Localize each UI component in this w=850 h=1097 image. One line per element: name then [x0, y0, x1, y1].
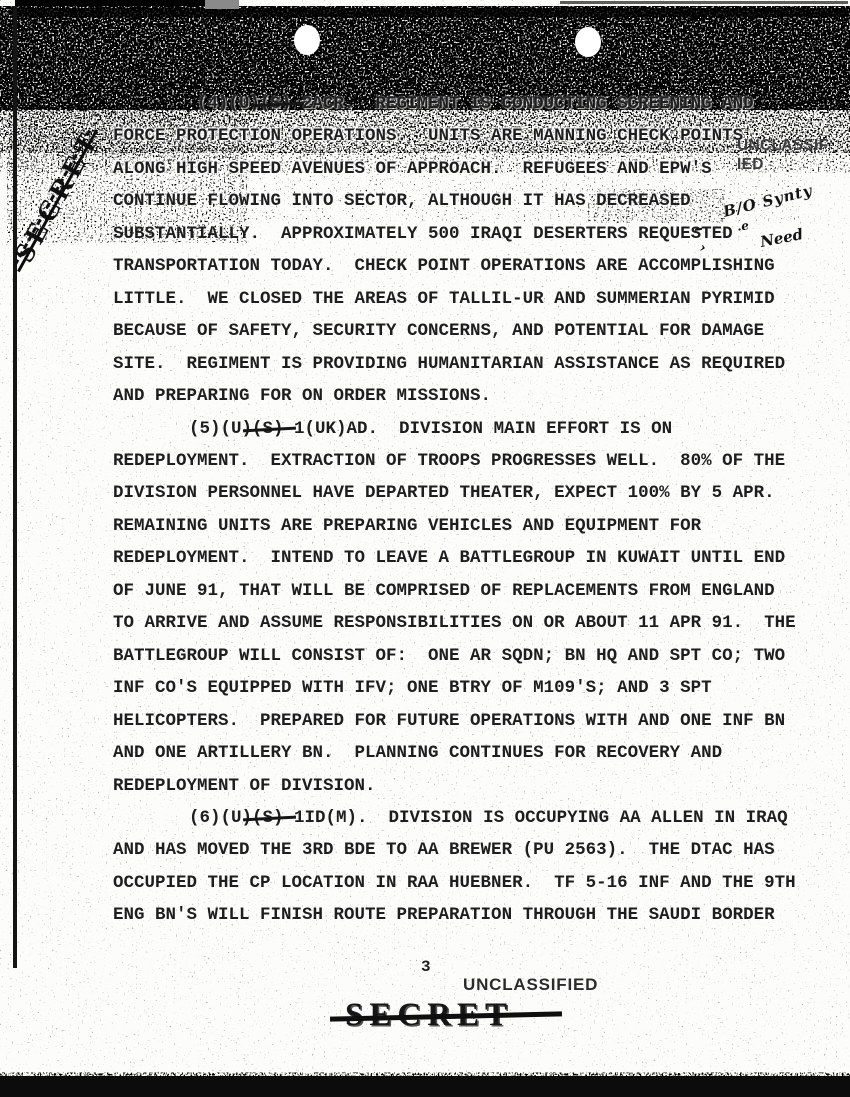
document-line: TO ARRIVE AND ASSUME RESPONSIBILITIES ON… — [113, 607, 833, 639]
hole-punch-left — [294, 25, 320, 55]
page-edge-bottom-fringe — [0, 1073, 850, 1079]
line-text: AND ONE ARTILLERY BN. PLANNING CONTINUES… — [113, 743, 722, 763]
line-text: CONTINUE FLOWING INTO SECTOR, ALTHOUGH I… — [113, 191, 691, 211]
document-line: BECAUSE OF SAFETY, SECURITY CONCERNS, AN… — [113, 315, 833, 347]
noise-band-top-edge — [12, 8, 848, 17]
document-line: INF CO'S EQUIPPED WITH IFV; ONE BTRY OF … — [113, 672, 833, 704]
line-text: DIVISION PERSONNEL HAVE DEPARTED THEATER… — [113, 483, 775, 503]
line-text: FORCE PROTECTION OPERATIONS. UNITS ARE M… — [113, 126, 743, 146]
line-text: REDEPLOYMENT OF DIVISION. — [113, 776, 376, 796]
document-line: LITTLE. WE CLOSED THE AREAS OF TALLIL-UR… — [113, 283, 833, 315]
line-text: REDEPLOYMENT. EXTRACTION OF TROOPS PROGR… — [113, 451, 785, 471]
document-line: ENG BN'S WILL FINISH ROUTE PREPARATION T… — [113, 899, 833, 931]
scanned-document-page: SECRET UNCLASSIFIED – B/O Synty .e Need … — [0, 0, 850, 1097]
line-text: AND PREPARING FOR ON ORDER MISSIONS. — [113, 386, 491, 406]
line-text: ENG BN'S WILL FINISH ROUTE PREPARATION T… — [113, 905, 775, 925]
page-edge-left — [13, 6, 17, 968]
line-text: BECAUSE OF SAFETY, SECURITY CONCERNS, AN… — [113, 321, 764, 341]
document-line: AND PREPARING FOR ON ORDER MISSIONS. — [113, 380, 833, 412]
document-line: TRANSPORTATION TODAY. CHECK POINT OPERAT… — [113, 250, 833, 282]
document-line: OCCUPIED THE CP LOCATION IN RAA HUEBNER.… — [113, 867, 833, 899]
line-text: REMAINING UNITS ARE PREPARING VEHICLES A… — [113, 516, 701, 536]
line-text: INF CO'S EQUIPPED WITH IFV; ONE BTRY OF … — [113, 678, 712, 698]
page-number: 3 — [421, 958, 431, 976]
document-line: HELICOPTERS. PREPARED FOR FUTURE OPERATI… — [113, 705, 833, 737]
top-edge-artifact-gray — [205, 0, 239, 9]
line-text: AND HAS MOVED THE 3RD BDE TO AA BREWER (… — [113, 840, 775, 860]
document-line: REMAINING UNITS ARE PREPARING VEHICLES A… — [113, 510, 833, 542]
document-line: BATTLEGROUP WILL CONSIST OF: ONE AR SQDN… — [113, 640, 833, 672]
document-line: (4)(U)(S) 2ACR. REGIMENT IS CONDUCTING S… — [113, 88, 833, 120]
hole-punch-right — [575, 27, 601, 57]
line-text: ALONG HIGH SPEED AVENUES OF APPROACH. RE… — [113, 159, 712, 179]
line-text: LITTLE. WE CLOSED THE AREAS OF TALLIL-UR… — [113, 289, 775, 309]
unclassified-stamp-top: UNCLASSIFIED — [737, 136, 829, 174]
line-text: OF JUNE 91, THAT WILL BE COMPRISED OF RE… — [113, 581, 775, 601]
document-line: AND HAS MOVED THE 3RD BDE TO AA BREWER (… — [113, 834, 833, 866]
line-text: SUBSTANTIALLY. APPROXIMATELY 500 IRAQI D… — [113, 224, 733, 244]
document-line: ALONG HIGH SPEED AVENUES OF APPROACH. RE… — [113, 153, 833, 185]
page-edge-bottom — [0, 1076, 850, 1097]
document-line: SITE. REGIMENT IS PROVIDING HUMANITARIAN… — [113, 348, 833, 380]
line-text: OCCUPIED THE CP LOCATION IN RAA HUEBNER.… — [113, 873, 796, 893]
document-line: (5)(U)(S) 1(UK)AD. DIVISION MAIN EFFORT … — [113, 413, 833, 445]
document-line: (6)(U)(S) 1ID(M). DIVISION IS OCCUPYING … — [113, 802, 833, 834]
document-line: FORCE PROTECTION OPERATIONS. UNITS ARE M… — [113, 120, 833, 152]
document-line: AND ONE ARTILLERY BN. PLANNING CONTINUES… — [113, 737, 833, 769]
document-line: DIVISION PERSONNEL HAVE DEPARTED THEATER… — [113, 477, 833, 509]
struck-classification-marker: (S) — [252, 802, 284, 834]
line-text: 1ID(M). DIVISION IS OCCUPYING AA ALLEN I… — [284, 808, 788, 828]
line-text: SITE. REGIMENT IS PROVIDING HUMANITARIAN… — [113, 354, 785, 374]
unclassified-stamp-bottom: UNCLASSIFIED — [463, 975, 598, 995]
line-text: TO ARRIVE AND ASSUME RESPONSIBILITIES ON… — [113, 613, 796, 633]
struck-classification-marker: (S) — [260, 88, 292, 120]
line-text: BATTLEGROUP WILL CONSIST OF: ONE AR SQDN… — [113, 646, 785, 666]
line-text: TRANSPORTATION TODAY. CHECK POINT OPERAT… — [113, 256, 775, 276]
corner-secret-marking: SECRET — [8, 124, 108, 268]
document-line: OF JUNE 91, THAT WILL BE COMPRISED OF RE… — [113, 575, 833, 607]
struck-classification-marker: (S) — [252, 413, 284, 445]
line-text: 1(UK)AD. DIVISION MAIN EFFORT IS ON — [284, 419, 673, 439]
document-line: REDEPLOYMENT. EXTRACTION OF TROOPS PROGR… — [113, 445, 833, 477]
margin-note-line2: .e — [736, 218, 750, 234]
line-text: REDEPLOYMENT. INTEND TO LEAVE A BATTLEGR… — [113, 548, 785, 568]
document-line: SUBSTANTIALLY. APPROXIMATELY 500 IRAQI D… — [113, 218, 833, 250]
line-text: 2ACR. REGIMENT IS CONDUCTING SCREENING A… — [292, 94, 754, 114]
top-edge-artifact-right — [560, 1, 848, 4]
document-line: REDEPLOYMENT OF DIVISION. — [113, 770, 833, 802]
document-line: REDEPLOYMENT. INTEND TO LEAVE A BATTLEGR… — [113, 542, 833, 574]
top-edge-artifact-left — [15, 0, 215, 6]
line-text: HELICOPTERS. PREPARED FOR FUTURE OPERATI… — [113, 711, 785, 731]
